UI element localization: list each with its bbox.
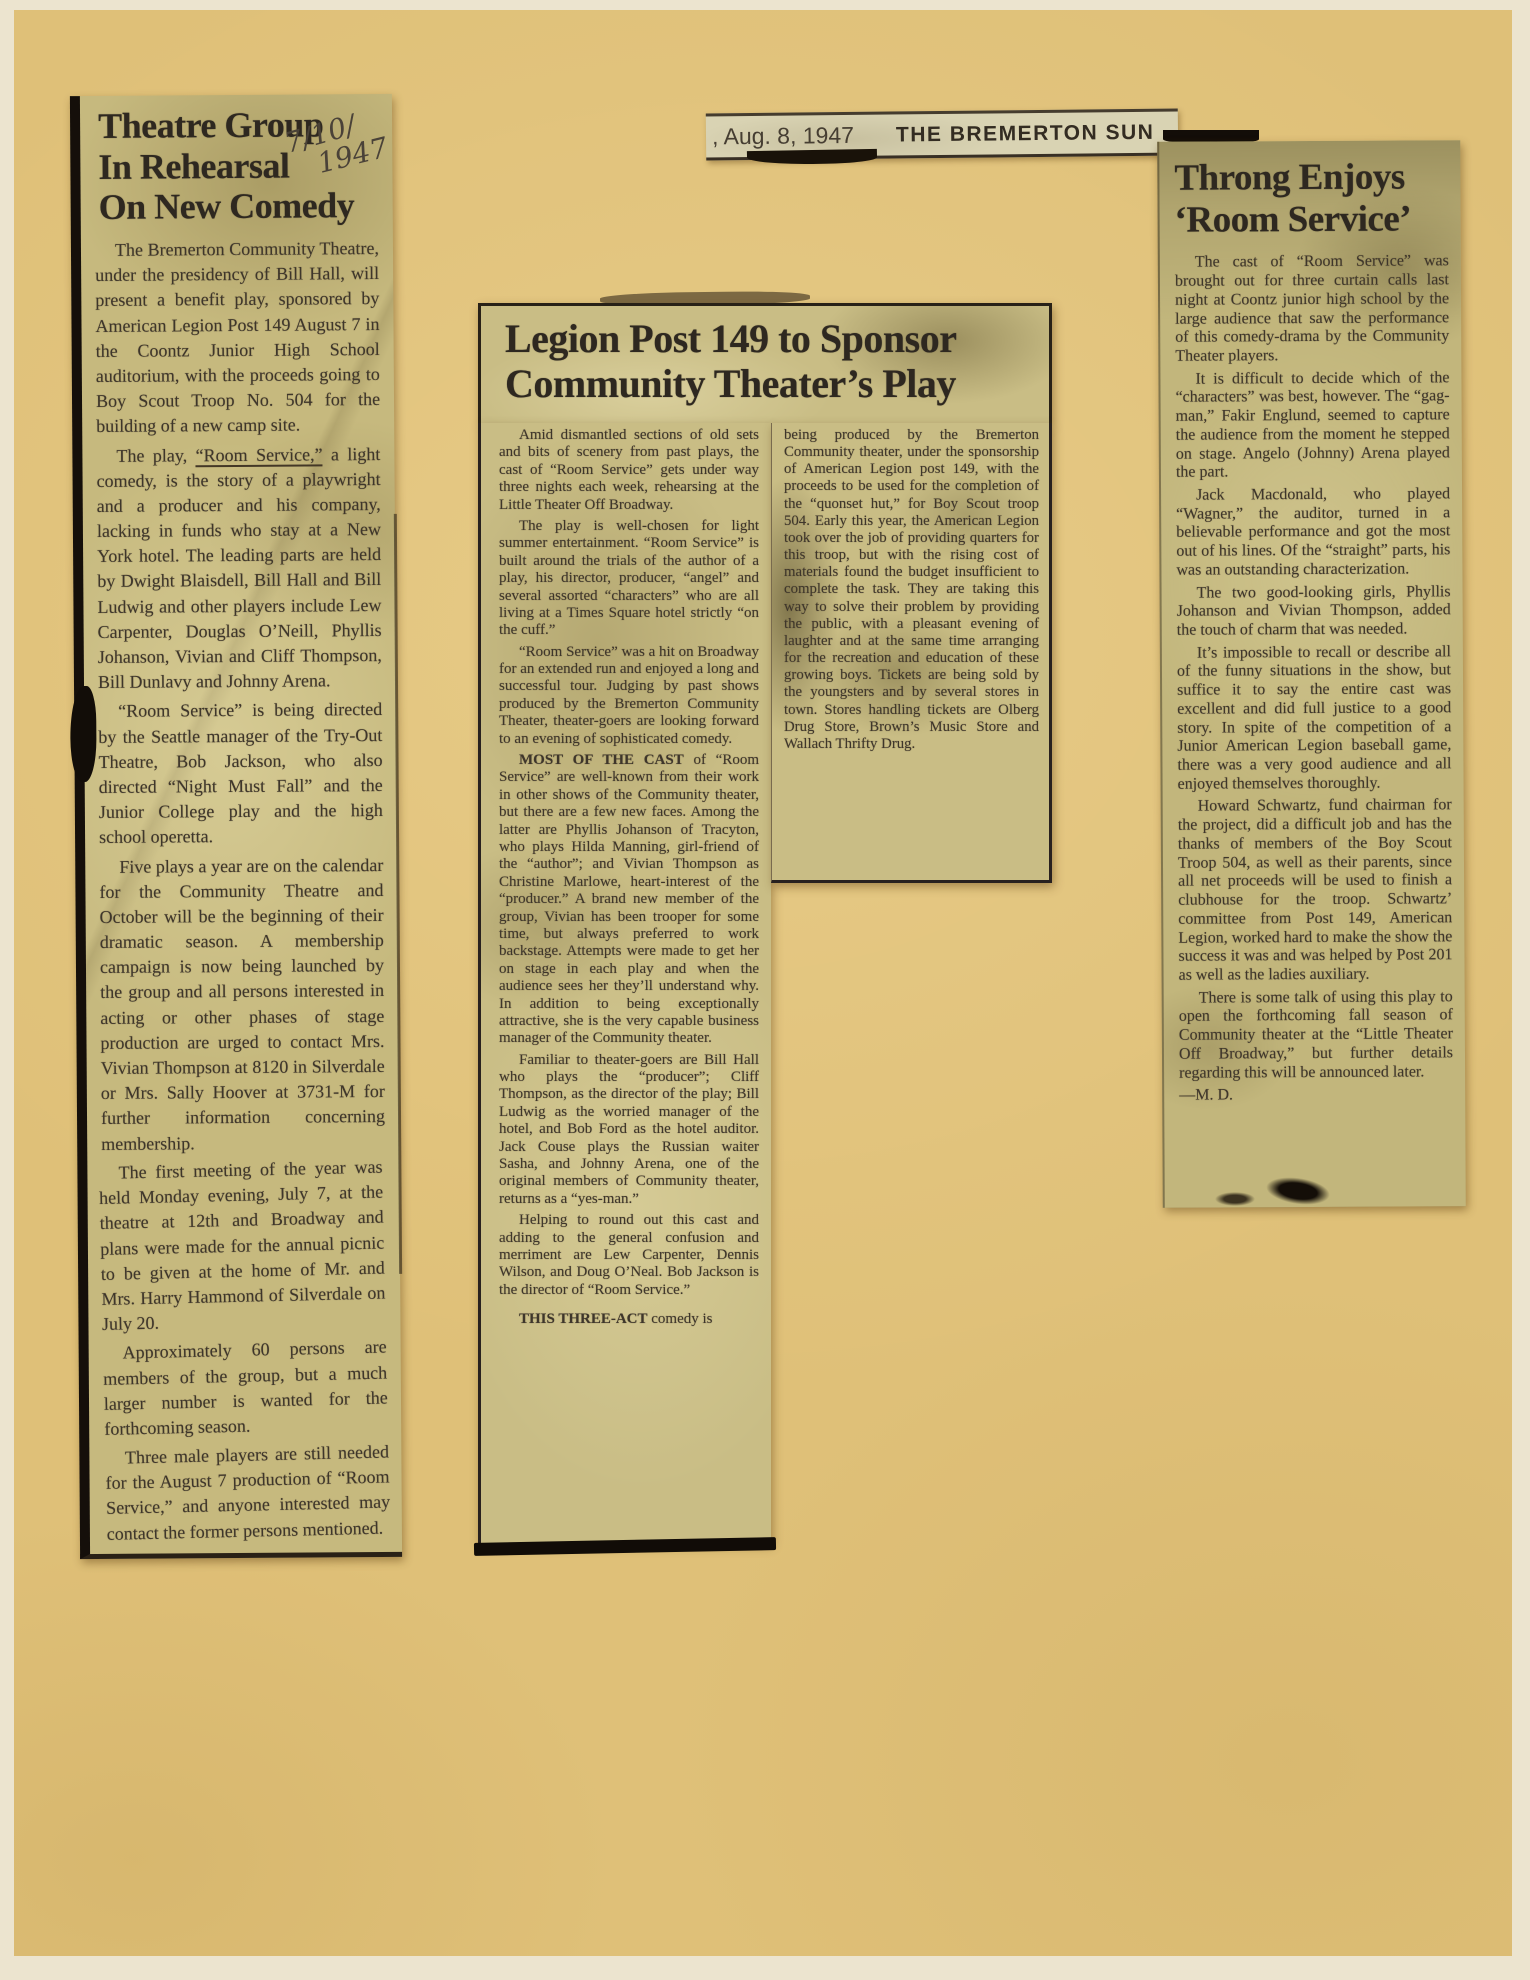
clipping-headline: Throng Enjoys ‘Room Service’ [1174, 156, 1448, 242]
paragraph: THIS THREE-ACT comedy is [499, 1311, 759, 1328]
clipping-body: Amid dismantled sections of old sets and… [499, 427, 759, 1329]
paragraph: There is some talk of using this play to… [1179, 988, 1453, 1083]
clipping-body: The cast of “Room Service” was brought o… [1175, 253, 1453, 1106]
paragraph: Helping to round out this cast and addin… [499, 1212, 759, 1299]
clipping-theatre-group: Theatre Group In Rehearsal On New Comedy… [70, 94, 402, 1559]
masthead-date: , Aug. 8, 1947 [712, 122, 854, 150]
headline-line: Throng Enjoys [1174, 156, 1448, 200]
clipping-body: The Bremerton Community Theatre, under t… [95, 236, 388, 1547]
bold-lead-in: THIS THREE-ACT [519, 1311, 648, 1327]
torn-paper-edge [1215, 1192, 1255, 1206]
paragraph-text: The play, [116, 445, 195, 466]
clipping-legion-post-right-column: being produced by the Bremerton Communit… [771, 423, 1052, 883]
paragraph: It is difficult to decide which of the “… [1175, 369, 1450, 483]
paragraph: Approximately 60 persons are members of … [102, 1335, 388, 1442]
bold-lead-in: MOST OF THE CAST [519, 752, 684, 768]
headline-line: Community Theater’s Play [505, 361, 1049, 406]
headline-line: On New Comedy [99, 185, 379, 228]
pen-underlined-text: “Room Service,” [196, 444, 323, 467]
paragraph: The play, “Room Service,” a light comedy… [96, 441, 382, 695]
paragraph-text: a light comedy, is the story of a playwr… [97, 443, 382, 692]
paragraph: Amid dismantled sections of old sets and… [499, 427, 759, 514]
paragraph-text: of “Room Service” are well-known from th… [499, 752, 759, 1046]
paragraph: The first meeting of the year was held M… [98, 1154, 386, 1337]
clipping-legion-post-left-column: Amid dismantled sections of old sets and… [478, 423, 771, 1543]
paragraph: MOST OF THE CAST of “Room Service” are w… [499, 752, 759, 1048]
paragraph: Familiar to theater-goers are Bill Hall … [499, 1052, 759, 1209]
masthead-paper-name: THE BREMERTON SUN [896, 120, 1155, 147]
paragraph: Jack Macdonald, who played “Wagner,” the… [1176, 485, 1450, 580]
paragraph: being produced by the Bremerton Communit… [784, 427, 1039, 753]
tilted-lower-text: The first meeting of the year was held M… [98, 1154, 391, 1546]
clipping-throng-enjoys: Throng Enjoys ‘Room Service’ The cast of… [1157, 140, 1466, 1208]
clipping-body: being produced by the Bremerton Communit… [784, 427, 1039, 753]
paragraph: Five plays a year are on the calendar fo… [99, 852, 385, 1156]
paragraph: The Bremerton Community Theatre, under t… [95, 236, 380, 439]
paragraph: “Room Service” is being directed by the … [98, 697, 383, 850]
paragraph: It’s impossible to recall or describe al… [1177, 643, 1452, 794]
paragraph: Howard Schwartz, fund chairman for the p… [1178, 797, 1453, 986]
paragraph: Three male players are still needed for … [105, 1439, 391, 1546]
clipping-headline: Legion Post 149 to Sponsor Community The… [505, 316, 1049, 406]
clipping-legion-post-title: Legion Post 149 to Sponsor Community The… [478, 303, 1052, 423]
paragraph: The cast of “Room Service” was brought o… [1175, 253, 1450, 367]
headline-line: Legion Post 149 to Sponsor [505, 316, 1049, 361]
paragraph: The play is well-chosen for light summer… [499, 518, 759, 640]
paragraph-text: comedy is [648, 1311, 713, 1327]
byline: —M. D. [1179, 1086, 1453, 1106]
scrapbook-photo: Theatre Group In Rehearsal On New Comedy… [0, 0, 1530, 1980]
paragraph: “Room Service” was a hit on Broadway for… [499, 644, 759, 748]
paragraph: The two good-looking girls, Phyllis Joha… [1177, 583, 1451, 641]
headline-line: ‘Room Service’ [1175, 198, 1449, 242]
